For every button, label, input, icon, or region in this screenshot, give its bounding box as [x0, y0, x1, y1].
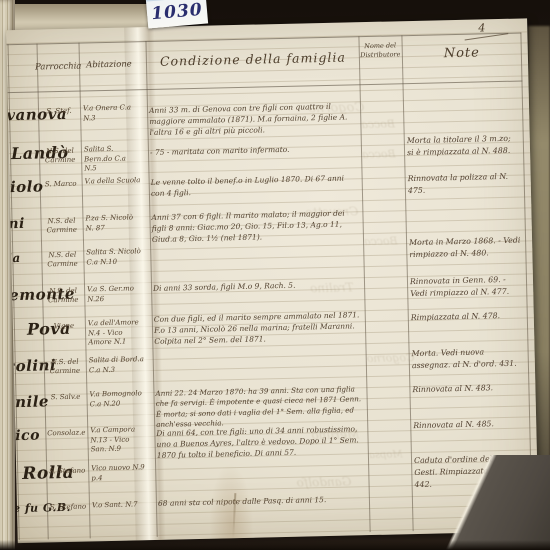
entry-9-cond: Anni 22. 24 Marzo 1870: ha 39 anni. Sta … [155, 384, 362, 430]
bleedthrough-text: Crovetto [305, 204, 358, 219]
entry-1-res: V.a Onera C.a N.3 [83, 103, 139, 123]
entry-5-note: Morta in Marzo 1868. - Vedi rimpiazzo al… [409, 235, 522, 262]
bleedthrough-text: Tralino [310, 280, 354, 295]
entry-8-note: Morta. Vedi nuova assegnaz. al N. d'ord.… [411, 346, 524, 373]
entry-10-note: Rinnovata al N. 485. [413, 418, 525, 433]
bleedthrough-text: Bocca [364, 234, 398, 248]
entry-11-res: Vico nuovo N.9 p.4 [91, 463, 147, 483]
entry-4-parish: N.S. del Carmine [40, 217, 82, 236]
entry-7-res: V.a dell'Amore N.4 - Vico Amore N.1 [88, 318, 145, 348]
bleedthrough-text: Gandolfo [296, 474, 351, 489]
entry-5-res: Salita S. Nicolò C.a N.10 [86, 247, 142, 267]
entry-7-parish: Vigne [43, 321, 85, 331]
entry-11-parish: S. Stefano [46, 466, 88, 476]
column-header-notes: Note [402, 45, 522, 63]
bleedthrough-text: Bocca [361, 117, 395, 131]
entry-10-res: V.a Campora N.13 - Vico San. N.9 [90, 425, 147, 455]
entry-6-note: Rinnovata in Genn. 69. - Vedi rimpiazzo … [410, 274, 523, 301]
bleedthrough-text: Mopsa [369, 449, 403, 461]
entry-8-res: Salita di Bord.a C.a N.3 [89, 355, 145, 375]
page-number: 4 [478, 21, 485, 34]
entry-1-parish: S. Stef. [38, 107, 80, 117]
entry-3-res: V.a della Scuola [85, 176, 141, 187]
entry-2-res: Salita S. Bern.do C.a N.5 [84, 144, 141, 174]
entry-7-note: Rimpiazzata al N. 478. [411, 310, 523, 325]
entry-6-res: V.a S. Ger.mo N.26 [87, 284, 143, 304]
table-surface-corner [400, 455, 550, 550]
paper-stain [208, 463, 254, 542]
entry-4-res: P.za S. Nicolò N. 87 [85, 213, 141, 233]
entry-9-res: V.a Bomognolo C.a N.20 [89, 389, 145, 409]
entry-5-parish: N.S. del Carmine [41, 251, 83, 270]
entry-2-parish: N.S. del Carmine [39, 147, 81, 166]
entry-7-cond: Con due figli, ed il marito sempre ammal… [154, 310, 361, 347]
column-header-parish: Parrocchia [35, 62, 81, 73]
column-header-residence: Abitazione [79, 59, 139, 70]
entry-10-parish: Consolaz.e [45, 428, 87, 438]
entry-9-note: Rinnovata al N. 483. [412, 382, 524, 397]
archive-number: 1030 [151, 0, 204, 24]
entry-12-res: V.o Sant. N.7 [92, 500, 148, 511]
photo-bottom-shadow [0, 540, 550, 550]
bleedthrough-text: Bocca [362, 147, 396, 161]
entry-3-parish: S. Marco [40, 180, 82, 190]
entry-2-note: Morta la titolare il 3 m.zo; si è rimpia… [407, 133, 520, 160]
column-header-distributor: Nome del Distributore [359, 41, 402, 60]
entry-9-parish: S. Salv.e [44, 392, 86, 402]
bleedthrough-text: Cogorno [367, 351, 415, 365]
entry-3-note: Rinnovata la polizza al N. 475. [408, 171, 521, 198]
entry-3-name: aiolo [6, 177, 43, 196]
entry-8-parish: N.S. del Carmine [44, 357, 86, 376]
entry-12-parish: S. Stefano [47, 502, 89, 512]
entry-6-parish: N.S. del Carmine [42, 287, 84, 306]
bleedthrough-text: Cogorno [308, 100, 365, 116]
archive-sticky-label: 1030 [146, 0, 208, 29]
bleedthrough-text: Merlino [311, 427, 359, 442]
